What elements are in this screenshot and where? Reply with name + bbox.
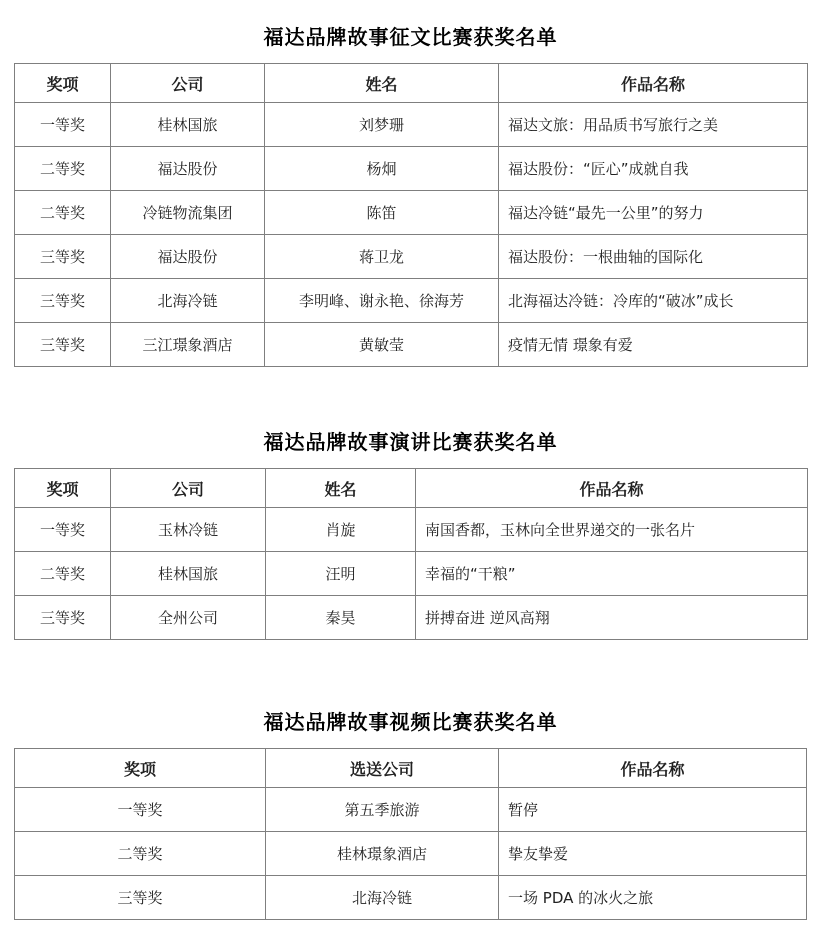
table-row: 三等奖 三江璟象酒店 黄敏莹 疫情无情 璟象有爱: [15, 323, 808, 367]
header-row: 奖项 公司 姓名 作品名称: [15, 469, 808, 508]
company-cell: 三江璟象酒店: [111, 323, 265, 367]
award-cell: 三等奖: [15, 323, 111, 367]
header-name: 姓名: [265, 64, 499, 103]
company-cell: 第五季旅游: [266, 788, 499, 832]
work-title-cell: 福达股份：“匠心”成就自我: [499, 147, 808, 191]
header-row: 奖项 选送公司 作品名称: [15, 749, 807, 788]
name-cell: 蒋卫龙: [265, 235, 499, 279]
header-submitting-company: 选送公司: [266, 749, 499, 788]
header-work-title: 作品名称: [416, 469, 808, 508]
award-cell: 三等奖: [15, 279, 111, 323]
video-awards-table: 奖项 选送公司 作品名称 一等奖 第五季旅游 暂停 二等奖 桂林璟象酒店 挚友挚…: [14, 748, 807, 920]
header-work-title: 作品名称: [499, 64, 808, 103]
table-row: 二等奖 桂林璟象酒店 挚友挚爱: [15, 832, 807, 876]
header-award: 奖项: [15, 749, 266, 788]
company-cell: 福达股份: [111, 235, 265, 279]
header-row: 奖项 公司 姓名 作品名称: [15, 64, 808, 103]
table-row: 二等奖 桂林国旅 汪明 幸福的“干粮”: [15, 552, 808, 596]
award-cell: 二等奖: [15, 832, 266, 876]
award-cell: 二等奖: [15, 147, 111, 191]
award-cell: 三等奖: [15, 876, 266, 920]
work-title-cell: 福达冷链“最先一公里”的努力: [499, 191, 808, 235]
name-cell: 黄敏莹: [265, 323, 499, 367]
header-company: 公司: [111, 64, 265, 103]
award-cell: 一等奖: [15, 103, 111, 147]
name-cell: 汪明: [266, 552, 416, 596]
company-cell: 桂林国旅: [111, 552, 266, 596]
header-company: 公司: [111, 469, 266, 508]
document-body: 福达品牌故事征文比赛获奖名单 奖项 公司 姓名 作品名称 一等奖 桂林国旅 刘梦…: [0, 0, 821, 920]
company-cell: 桂林国旅: [111, 103, 265, 147]
award-cell: 二等奖: [15, 552, 111, 596]
award-cell: 二等奖: [15, 191, 111, 235]
essay-awards-table: 奖项 公司 姓名 作品名称 一等奖 桂林国旅 刘梦珊 福达文旅：用品质书写旅行之…: [14, 63, 808, 367]
header-award: 奖项: [15, 64, 111, 103]
speech-awards-table: 奖项 公司 姓名 作品名称 一等奖 玉林冷链 肖旋 南国香都，玉林向全世界递交的…: [14, 468, 808, 640]
company-cell: 福达股份: [111, 147, 265, 191]
name-cell: 秦昊: [266, 596, 416, 640]
name-cell: 刘梦珊: [265, 103, 499, 147]
table-row: 三等奖 全州公司 秦昊 拼搏奋进 逆风高翔: [15, 596, 808, 640]
award-cell: 一等奖: [15, 788, 266, 832]
name-cell: 肖旋: [266, 508, 416, 552]
name-cell: 李明峰、谢永艳、徐海芳: [265, 279, 499, 323]
company-cell: 北海冷链: [111, 279, 265, 323]
work-title-cell: 福达文旅：用品质书写旅行之美: [499, 103, 808, 147]
work-title-cell: 暂停: [499, 788, 807, 832]
company-cell: 桂林璟象酒店: [266, 832, 499, 876]
company-cell: 北海冷链: [266, 876, 499, 920]
speech-contest-title: 福达品牌故事演讲比赛获奖名单: [14, 429, 807, 456]
table-row: 一等奖 第五季旅游 暂停: [15, 788, 807, 832]
work-title-cell: 拼搏奋进 逆风高翔: [416, 596, 808, 640]
header-award: 奖项: [15, 469, 111, 508]
essay-contest-title: 福达品牌故事征文比赛获奖名单: [14, 24, 807, 51]
work-title-cell: 幸福的“干粮”: [416, 552, 808, 596]
award-cell: 三等奖: [15, 596, 111, 640]
award-cell: 一等奖: [15, 508, 111, 552]
award-cell: 三等奖: [15, 235, 111, 279]
work-title-cell: 挚友挚爱: [499, 832, 807, 876]
table-row: 二等奖 福达股份 杨炯 福达股份：“匠心”成就自我: [15, 147, 808, 191]
table-row: 三等奖 福达股份 蒋卫龙 福达股份：一根曲轴的国际化: [15, 235, 808, 279]
company-cell: 玉林冷链: [111, 508, 266, 552]
company-cell: 冷链物流集团: [111, 191, 265, 235]
work-title-cell: 一场 PDA 的冰火之旅: [499, 876, 807, 920]
header-work-title: 作品名称: [499, 749, 807, 788]
name-cell: 杨炯: [265, 147, 499, 191]
table-row: 一等奖 桂林国旅 刘梦珊 福达文旅：用品质书写旅行之美: [15, 103, 808, 147]
work-title-cell: 南国香都，玉林向全世界递交的一张名片: [416, 508, 808, 552]
work-title-cell: 福达股份：一根曲轴的国际化: [499, 235, 808, 279]
table-row: 一等奖 玉林冷链 肖旋 南国香都，玉林向全世界递交的一张名片: [15, 508, 808, 552]
table-row: 三等奖 北海冷链 李明峰、谢永艳、徐海芳 北海福达冷链：冷库的“破冰”成长: [15, 279, 808, 323]
name-cell: 陈笛: [265, 191, 499, 235]
header-name: 姓名: [266, 469, 416, 508]
company-cell: 全州公司: [111, 596, 266, 640]
table-row: 二等奖 冷链物流集团 陈笛 福达冷链“最先一公里”的努力: [15, 191, 808, 235]
work-title-cell: 北海福达冷链：冷库的“破冰”成长: [499, 279, 808, 323]
work-title-cell: 疫情无情 璟象有爱: [499, 323, 808, 367]
video-contest-title: 福达品牌故事视频比赛获奖名单: [14, 709, 807, 736]
table-row: 三等奖 北海冷链 一场 PDA 的冰火之旅: [15, 876, 807, 920]
